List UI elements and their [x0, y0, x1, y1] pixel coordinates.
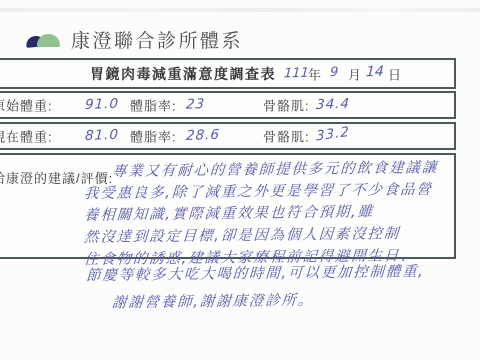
current-metrics-row: 現在體重: 81.0 體脂率: 28.6 骨骼肌: 33.2: [0, 122, 456, 150]
original-muscle-label: 骨骼肌:: [263, 96, 310, 115]
original-bodyfat-value: 23: [185, 96, 205, 113]
current-weight-value: 81.0: [84, 127, 119, 144]
comment-overflow-line: 謝謝營養師,謝謝康澄診所。: [111, 291, 314, 313]
scanned-survey-form: 康澄聯合診所體系 胃鏡肉毒減重滿意度調查表 111 年 9 月 14 日 原始體…: [0, 0, 480, 360]
current-muscle-value: 33.2: [316, 124, 350, 145]
original-weight-label: 原始體重:: [0, 96, 53, 115]
comment-line: 然沒達到設定目標,卻是因為個人因素沒控制: [83, 224, 400, 248]
original-muscle-value: 34.4: [315, 96, 350, 113]
comment-line: 我受惠良多,除了減重之外更是學習了不少食品營: [83, 180, 433, 204]
comment-line: 專業又有耐心的營養師提供多元的飲食建議讓: [111, 158, 438, 182]
current-bodyfat-value: 28.6: [185, 127, 220, 144]
form-title: 胃鏡肉毒減重滿意度調查表: [90, 64, 276, 84]
survey-table: 胃鏡肉毒減重滿意度調查表 111 年 9 月 14 日 原始體重: 91.0 體…: [0, 58, 460, 258]
original-metrics-row: 原始體重: 91.0 體脂率: 23 骨骼肌: 34.4: [0, 91, 456, 119]
title-row: 胃鏡肉毒減重滿意度調查表 111 年 9 月 14 日: [0, 58, 456, 89]
date-day-value: 14: [366, 64, 385, 80]
comment-overflow-line: 節慶等較多大吃大喝的時間,可以更加控制體重,: [85, 262, 425, 286]
current-muscle-label: 骨骼肌:: [263, 127, 310, 146]
comment-line: 養相關知識,實際減重效果也符合預期,雖: [83, 202, 374, 226]
scan-artifact-streak: [0, 8, 480, 12]
current-weight-label: 現在體重:: [0, 127, 53, 146]
current-bodyfat-label: 體脂率:: [130, 127, 177, 146]
comment-box: 給康澄的建議/評價: 專業又有耐心的營養師提供多元的飲食建議讓 我受惠良多,除了…: [0, 153, 456, 259]
original-weight-value: 91.0: [84, 96, 119, 113]
clinic-logo-icon: [26, 30, 62, 48]
date-day-label: 日: [388, 64, 402, 83]
date-year-value: 111: [284, 66, 310, 82]
original-bodyfat-label: 體脂率:: [130, 96, 177, 115]
clinic-brand-header: 康澄聯合診所體系: [26, 26, 243, 52]
date-month-value: 9: [330, 65, 339, 80]
clinic-name: 康澄聯合診所體系: [71, 26, 243, 53]
logo-leaf-green-icon: [37, 34, 60, 47]
date-month-label: 月: [348, 64, 362, 83]
date-year-label: 年: [308, 64, 322, 83]
